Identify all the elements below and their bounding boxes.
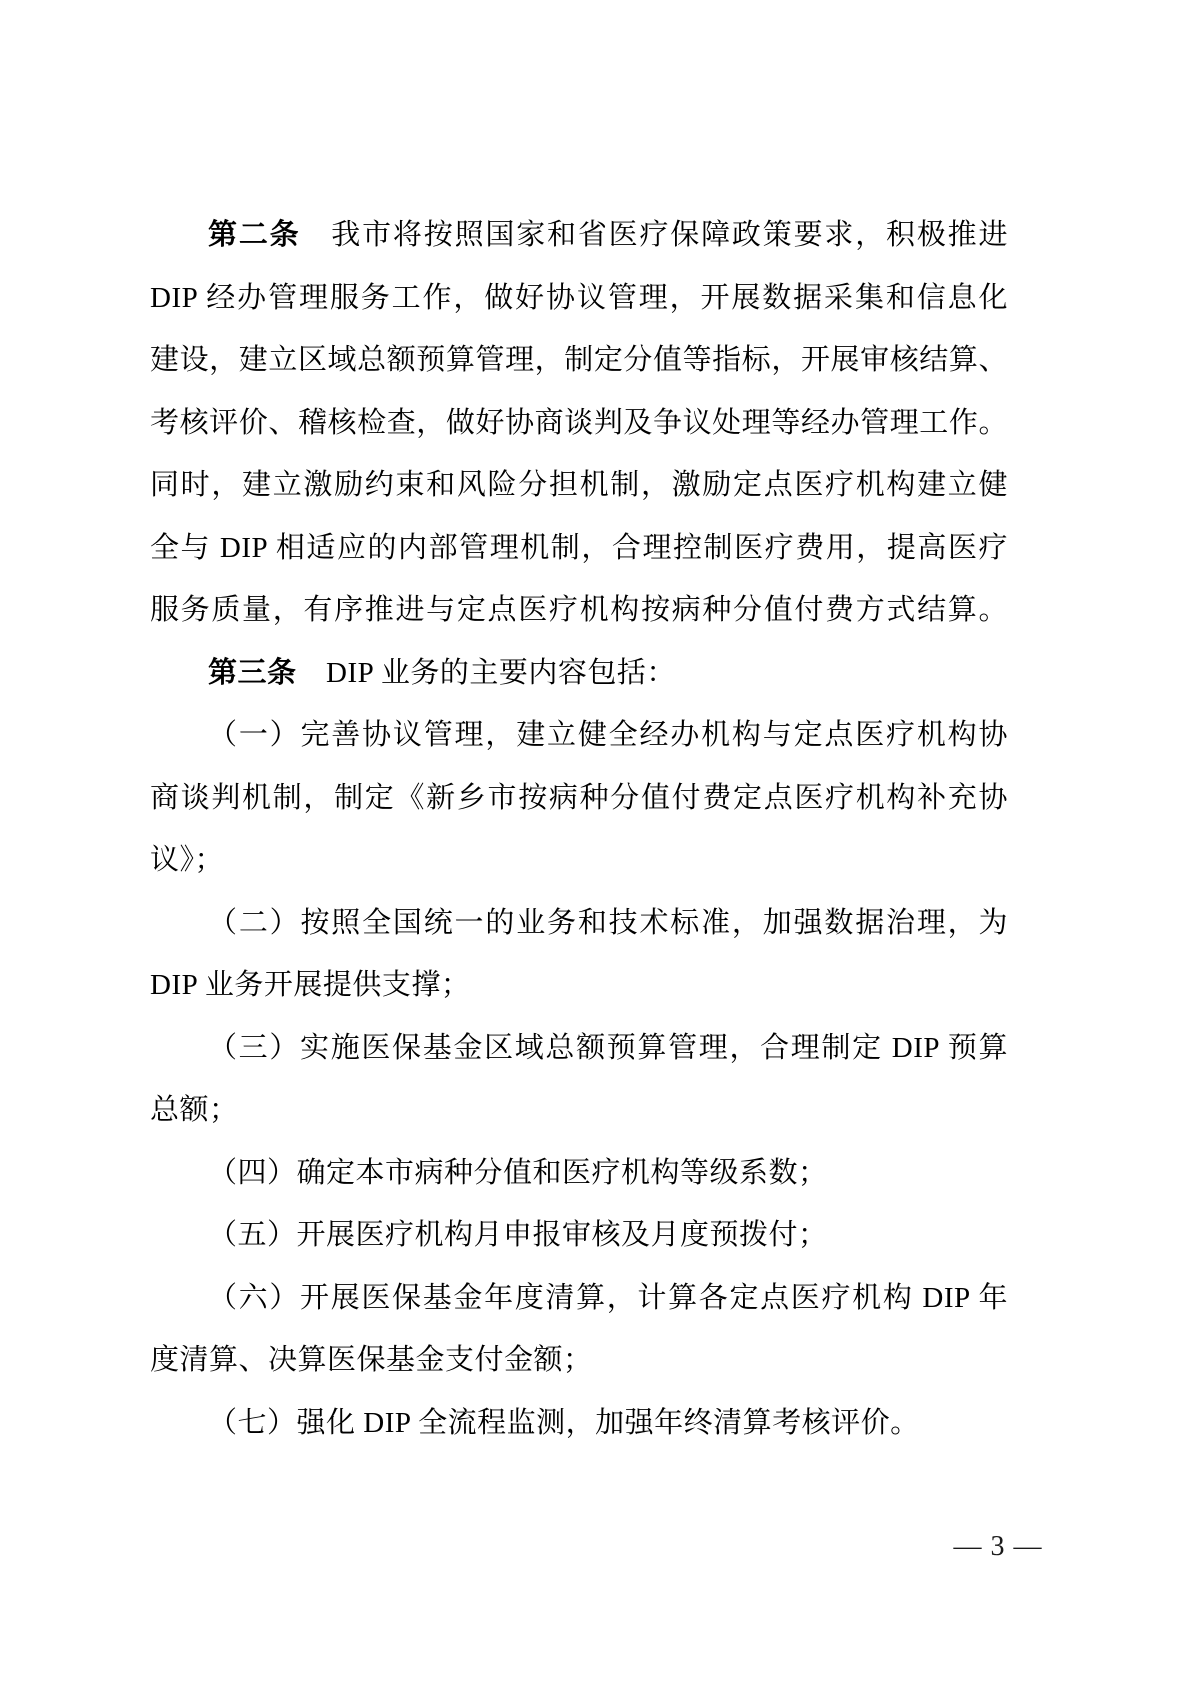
document-body: 第二条 我市将按照国家和省医疗保障政策要求，积极推进 DIP 经办管理服务工作，… — [150, 204, 1008, 1454]
document-line-item-3: （三）实施医保基金区域总额预算管理，合理制定 DIP 预算 — [150, 1017, 1008, 1080]
line-text: （一）完善协议管理，建立健全经办机构与定点医疗机构协 — [208, 719, 1008, 751]
document-line: 商谈判机制，制定《新乡市按病种分值付费定点医疗机构补充协 — [150, 767, 1008, 830]
line-text: DIP 业务的主要内容包括： — [297, 657, 676, 689]
document-line-article-3-heading: 第三条 DIP 业务的主要内容包括： — [150, 642, 1008, 705]
line-text: （六）开展医保基金年度清算，计算各定点医疗机构 DIP 年 — [208, 1282, 1008, 1314]
line-text: 总额； — [150, 1094, 239, 1126]
line-text: 同时，建立激励约束和风险分担机制，激励定点医疗机构建立健 — [150, 469, 1008, 501]
article-3-number: 第三条 — [208, 657, 297, 689]
line-text: 建设，建立区域总额预算管理，制定分值等指标，开展审核结算、 — [150, 344, 1008, 376]
page-number: — 3 — — [948, 1531, 1048, 1563]
document-line: 议》； — [150, 829, 1008, 892]
line-text: （二）按照全国统一的业务和技术标准，加强数据治理，为 — [208, 907, 1008, 939]
document-page: 第二条 我市将按照国家和省医疗保障政策要求，积极推进 DIP 经办管理服务工作，… — [0, 0, 1190, 1683]
line-text: 全与 DIP 相适应的内部管理机制，合理控制医疗费用，提高医疗 — [150, 532, 1008, 564]
document-line: 服务质量，有序推进与定点医疗机构按病种分值付费方式结算。 — [150, 579, 1008, 642]
line-text: 度清算、决算医保基金支付金额； — [150, 1344, 593, 1376]
line-text: 我市将按照国家和省医疗保障政策要求，积极推进 — [300, 219, 1008, 251]
document-line: DIP 经办管理服务工作，做好协议管理，开展数据采集和信息化 — [150, 267, 1008, 330]
line-text: DIP 业务开展提供支撑； — [150, 969, 470, 1001]
line-text: 议》； — [150, 844, 224, 876]
document-line: DIP 业务开展提供支撑； — [150, 954, 1008, 1017]
document-line: 全与 DIP 相适应的内部管理机制，合理控制医疗费用，提高医疗 — [150, 517, 1008, 580]
document-line-item-4: （四）确定本市病种分值和医疗机构等级系数； — [150, 1142, 1008, 1205]
line-text: （七）强化 DIP 全流程监测，加强年终清算考核评价。 — [208, 1407, 920, 1439]
line-text: DIP 经办管理服务工作，做好协议管理，开展数据采集和信息化 — [150, 282, 1008, 314]
document-line-item-5: （五）开展医疗机构月申报审核及月度预拨付； — [150, 1204, 1008, 1267]
document-line-article-2-heading: 第二条 我市将按照国家和省医疗保障政策要求，积极推进 — [150, 204, 1008, 267]
document-line: 度清算、决算医保基金支付金额； — [150, 1329, 1008, 1392]
document-line: 考核评价、稽核检查，做好协商谈判及争议处理等经办管理工作。 — [150, 392, 1008, 455]
document-line-item-1: （一）完善协议管理，建立健全经办机构与定点医疗机构协 — [150, 704, 1008, 767]
document-line-item-2: （二）按照全国统一的业务和技术标准，加强数据治理，为 — [150, 892, 1008, 955]
document-line: 总额； — [150, 1079, 1008, 1142]
document-line-item-6: （六）开展医保基金年度清算，计算各定点医疗机构 DIP 年 — [150, 1267, 1008, 1330]
line-text: （四）确定本市病种分值和医疗机构等级系数； — [208, 1157, 828, 1189]
document-line-item-7: （七）强化 DIP 全流程监测，加强年终清算考核评价。 — [150, 1392, 1008, 1455]
line-text: （五）开展医疗机构月申报审核及月度预拨付； — [208, 1219, 828, 1251]
line-text: （三）实施医保基金区域总额预算管理，合理制定 DIP 预算 — [208, 1032, 1008, 1064]
line-text: 商谈判机制，制定《新乡市按病种分值付费定点医疗机构补充协 — [150, 782, 1008, 814]
article-2-number: 第二条 — [208, 219, 300, 251]
document-line: 建设，建立区域总额预算管理，制定分值等指标，开展审核结算、 — [150, 329, 1008, 392]
line-text: 考核评价、稽核检查，做好协商谈判及争议处理等经办管理工作。 — [150, 407, 1008, 439]
line-text: 服务质量，有序推进与定点医疗机构按病种分值付费方式结算。 — [150, 594, 1008, 626]
document-line: 同时，建立激励约束和风险分担机制，激励定点医疗机构建立健 — [150, 454, 1008, 517]
